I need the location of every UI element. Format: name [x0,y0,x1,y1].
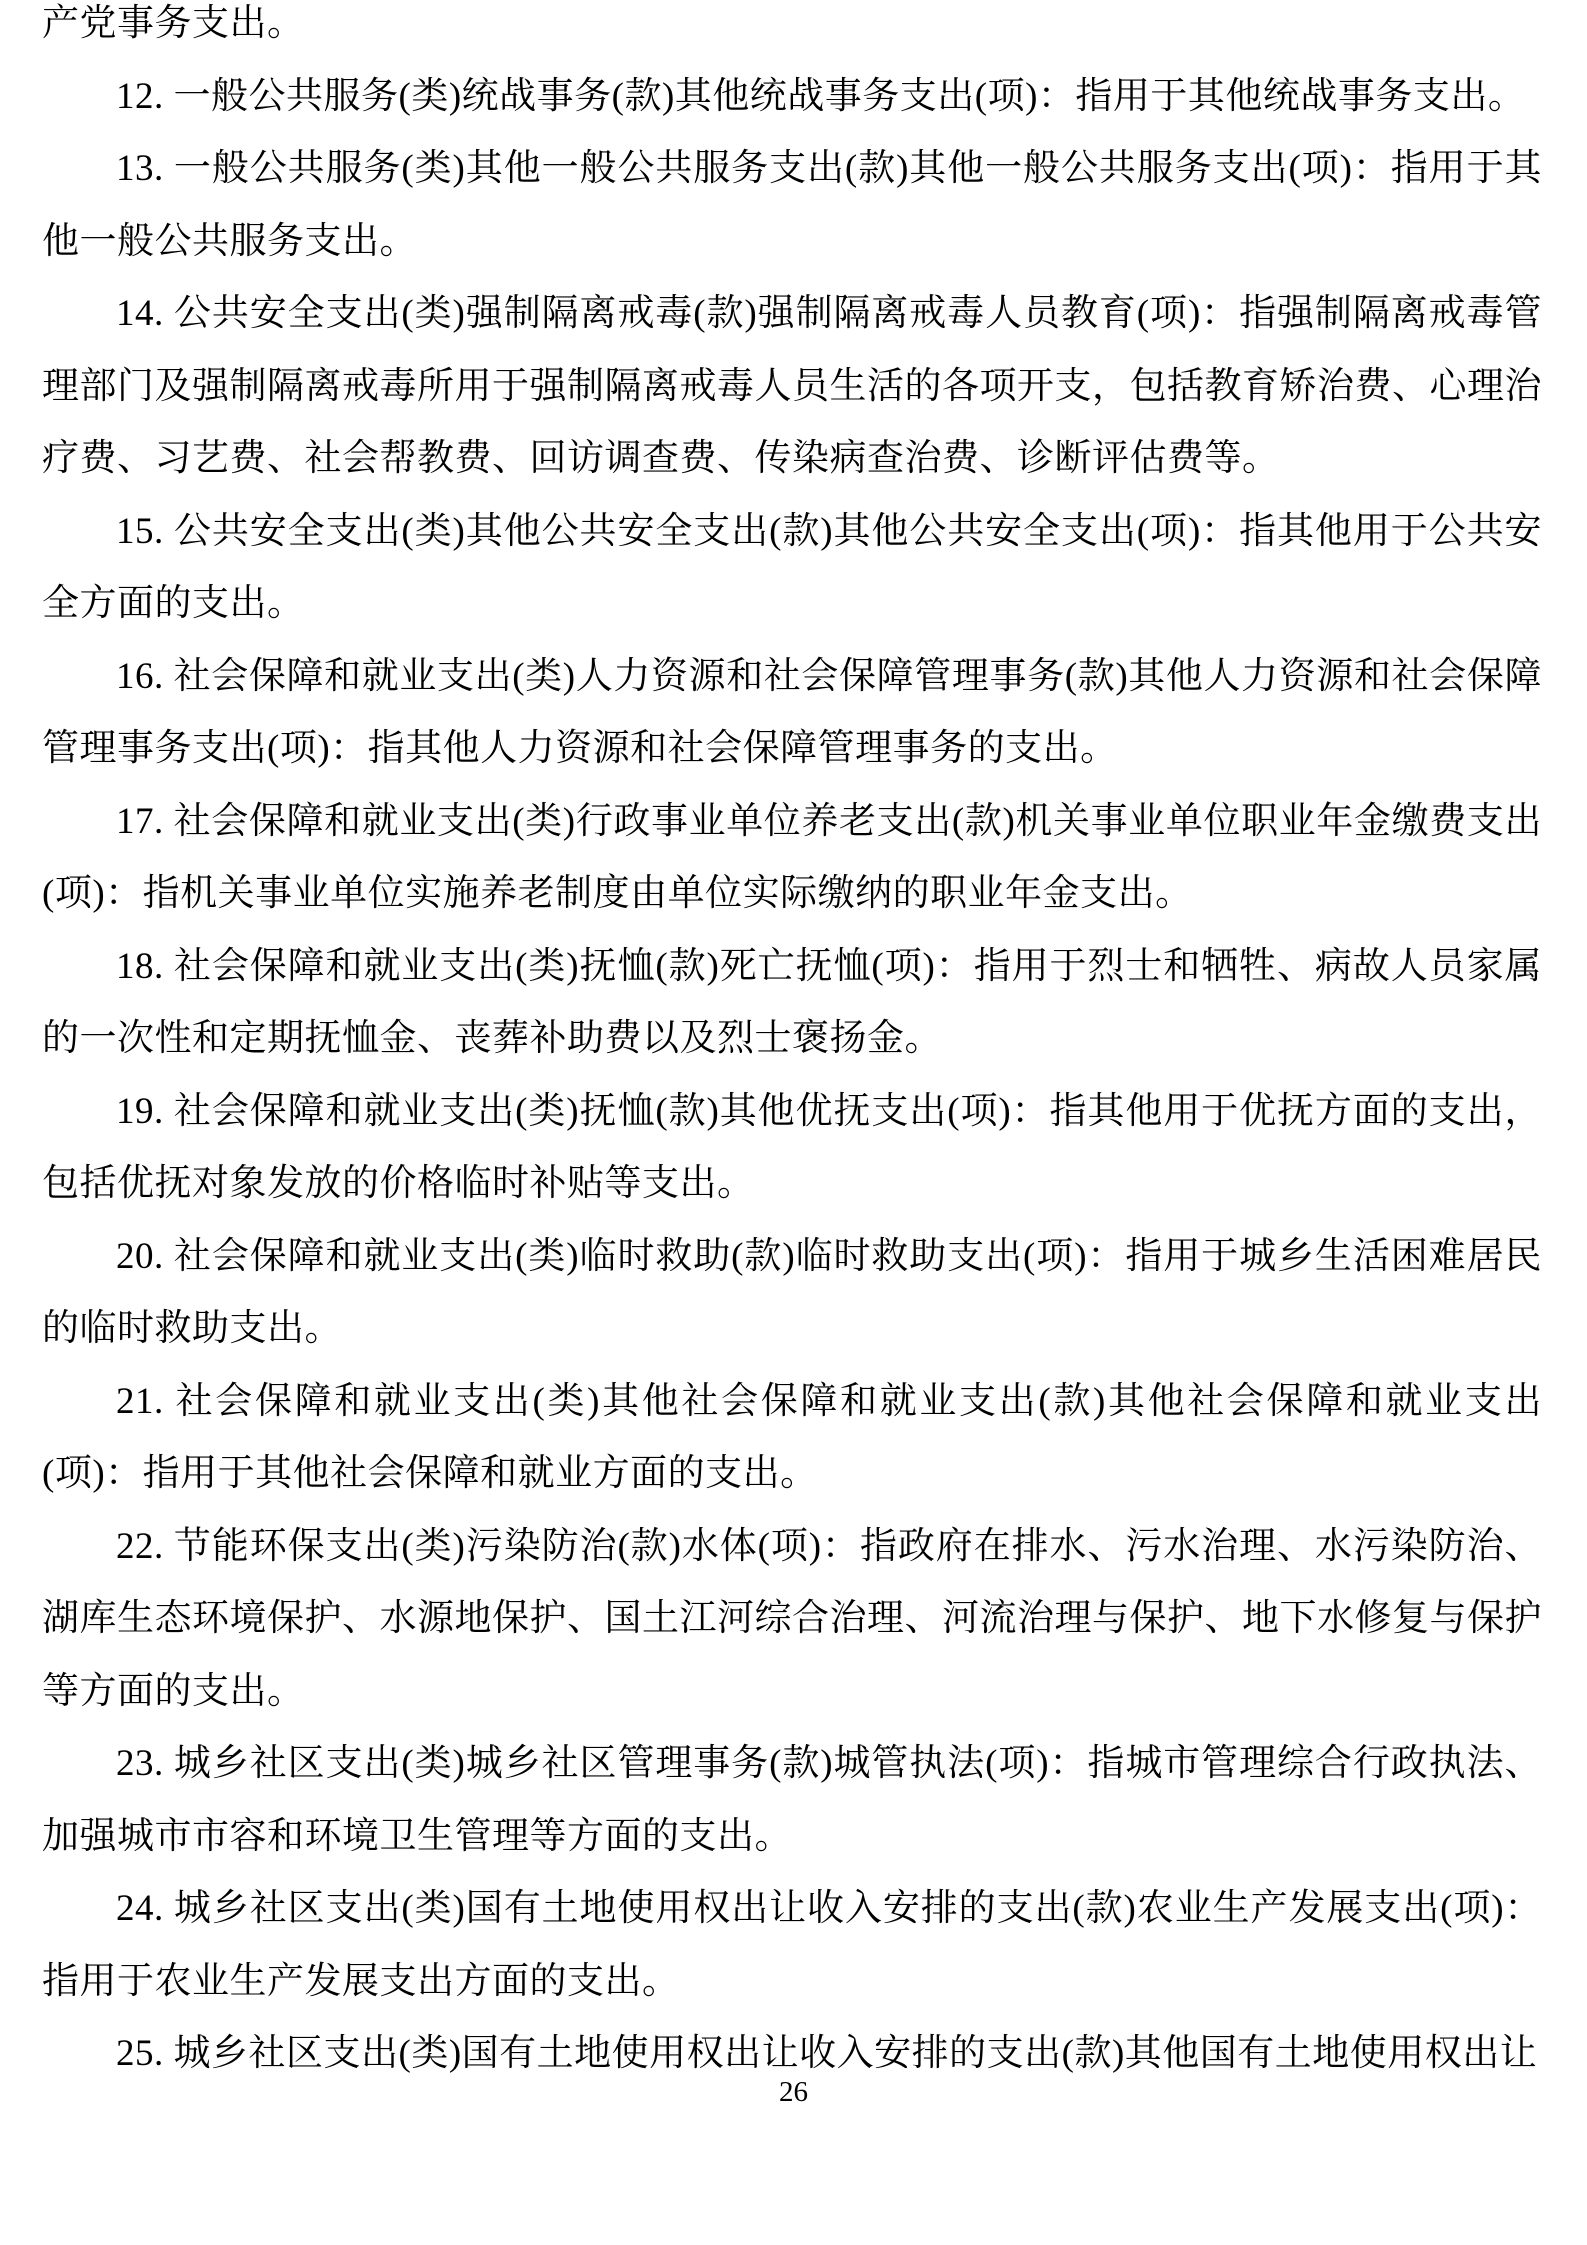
paragraph-item-13: 13. 一般公共服务(类)其他一般公共服务支出(款)其他一般公共服务支出(项)：… [42,133,1542,278]
paragraph-item-24: 24. 城乡社区支出(类)国有土地使用权出让收入安排的支出(款)农业生产发展支出… [42,1873,1542,2018]
paragraph-item-14: 14. 公共安全支出(类)强制隔离戒毒(款)强制隔离戒毒人员教育(项)：指强制隔… [42,278,1542,496]
paragraph-item-20: 20. 社会保障和就业支出(类)临时救助(款)临时救助支出(项)：指用于城乡生活… [42,1221,1542,1366]
paragraph-continuation: 产党事务支出。 [42,0,1542,61]
paragraph-item-19: 19. 社会保障和就业支出(类)抚恤(款)其他优抚支出(项)：指其他用于优抚方面… [42,1076,1542,1221]
document-page: 产党事务支出。 12. 一般公共服务(类)统战事务(款)其他统战事务支出(项)：… [0,0,1587,2245]
paragraph-item-15: 15. 公共安全支出(类)其他公共安全支出(款)其他公共安全支出(项)：指其他用… [42,496,1542,641]
paragraph-item-16: 16. 社会保障和就业支出(类)人力资源和社会保障管理事务(款)其他人力资源和社… [42,641,1542,786]
paragraph-item-22: 22. 节能环保支出(类)污染防治(款)水体(项)：指政府在排水、污水治理、水污… [42,1511,1542,1729]
paragraph-item-17: 17. 社会保障和就业支出(类)行政事业单位养老支出(款)机关事业单位职业年金缴… [42,786,1542,931]
document-body: 产党事务支出。 12. 一般公共服务(类)统战事务(款)其他统战事务支出(项)：… [42,0,1542,2091]
paragraph-item-21: 21. 社会保障和就业支出(类)其他社会保障和就业支出(款)其他社会保障和就业支… [42,1366,1542,1511]
paragraph-item-23: 23. 城乡社区支出(类)城乡社区管理事务(款)城管执法(项)：指城市管理综合行… [42,1728,1542,1873]
page-number: 26 [0,2072,1587,2112]
paragraph-item-18: 18. 社会保障和就业支出(类)抚恤(款)死亡抚恤(项)：指用于烈士和牺牲、病故… [42,931,1542,1076]
paragraph-item-12: 12. 一般公共服务(类)统战事务(款)其他统战事务支出(项)：指用于其他统战事… [42,61,1542,134]
